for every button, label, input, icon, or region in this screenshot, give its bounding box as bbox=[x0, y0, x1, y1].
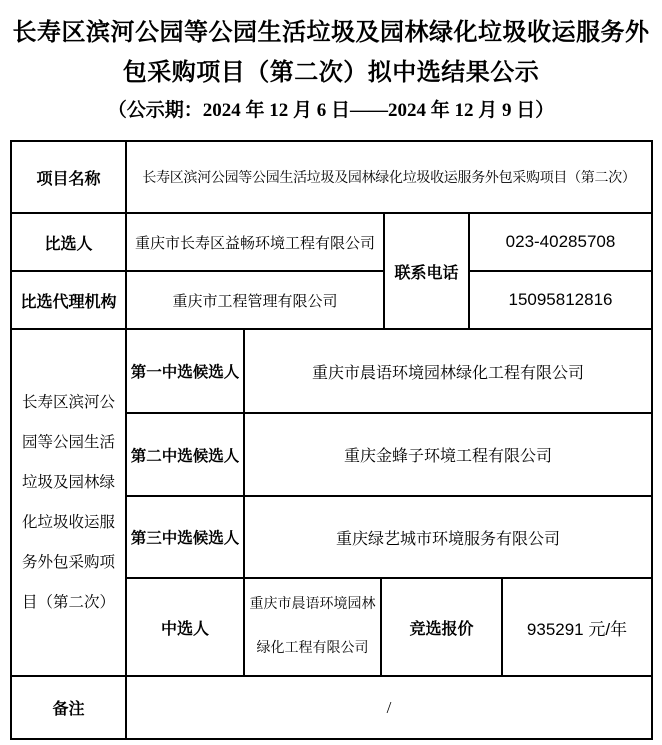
announcement-document: 长寿区滨河公园等公园生活垃圾及园林绿化垃圾收运服务外 包采购项目（第二次）拟中选… bbox=[0, 0, 662, 745]
project-name-value: 长寿区滨河公园等公园生活垃圾及园林绿化垃圾收运服务外包采购项目（第二次） bbox=[127, 142, 653, 214]
table-row-remark: 备注 / bbox=[12, 677, 653, 740]
agency-company: 重庆市工程管理有限公司 bbox=[127, 272, 385, 330]
winner-label: 中选人 bbox=[127, 579, 245, 677]
candidate-2-label: 第二中选候选人 bbox=[127, 414, 245, 497]
candidate-1-company: 重庆市晨语环境园林绿化工程有限公司 bbox=[245, 330, 653, 414]
document-title: 长寿区滨河公园等公园生活垃圾及园林绿化垃圾收运服务外 包采购项目（第二次）拟中选… bbox=[0, 0, 662, 124]
remark-value: / bbox=[127, 677, 653, 740]
table-row-candidate-1: 第一中选候选人 重庆市晨语环境园林绿化工程有限公司 bbox=[127, 330, 653, 414]
table-row-winner: 中选人 重庆市晨语环境园林绿化工程有限公司 竞选报价 935291 元/年 bbox=[127, 579, 653, 677]
title-line-1: 长寿区滨河公园等公园生活垃圾及园林绿化垃圾收运服务外 bbox=[0, 13, 662, 53]
phone-column: 023-40285708 15095812816 bbox=[470, 214, 653, 330]
title-line-2: 包采购项目（第二次）拟中选结果公示 bbox=[0, 53, 662, 93]
candidate-1-label: 第一中选候选人 bbox=[127, 330, 245, 414]
result-table: 项目名称 长寿区滨河公园等公园生活垃圾及园林绿化垃圾收运服务外包采购项目（第二次… bbox=[10, 140, 653, 740]
candidate-2-company: 重庆金蜂子环境工程有限公司 bbox=[245, 414, 653, 497]
selector-label: 比选人 bbox=[12, 214, 127, 272]
contact-section: 比选人 重庆市长寿区益畅环境工程有限公司 比选代理机构 重庆市工程管理有限公司 … bbox=[12, 214, 653, 330]
merged-project-cell: 长寿区滨河公园等公园生活垃圾及园林绿化垃圾收运服务外包采购项目（第二次） bbox=[12, 330, 127, 677]
agency-label: 比选代理机构 bbox=[12, 272, 127, 330]
project-name-label: 项目名称 bbox=[12, 142, 127, 214]
selector-phone: 023-40285708 bbox=[470, 214, 653, 272]
agency-phone: 15095812816 bbox=[470, 272, 653, 330]
publicity-period: （公示期：2024 年 12 月 6 日——2024 年 12 月 9 日） bbox=[0, 98, 662, 124]
table-row-candidate-2: 第二中选候选人 重庆金蜂子环境工程有限公司 bbox=[127, 414, 653, 497]
selector-company: 重庆市长寿区益畅环境工程有限公司 bbox=[127, 214, 385, 272]
winner-company: 重庆市晨语环境园林绿化工程有限公司 bbox=[245, 579, 382, 677]
contact-left-column: 比选人 重庆市长寿区益畅环境工程有限公司 比选代理机构 重庆市工程管理有限公司 bbox=[12, 214, 385, 330]
phone-label: 联系电话 bbox=[385, 214, 470, 330]
candidate-3-company: 重庆绿艺城市环境服务有限公司 bbox=[245, 497, 653, 579]
bid-price-value: 935291 元/年 bbox=[503, 579, 653, 677]
bid-price-label: 竞选报价 bbox=[382, 579, 503, 677]
remark-label: 备注 bbox=[12, 677, 127, 740]
candidate-3-label: 第三中选候选人 bbox=[127, 497, 245, 579]
result-section: 长寿区滨河公园等公园生活垃圾及园林绿化垃圾收运服务外包采购项目（第二次） 第一中… bbox=[12, 330, 653, 677]
table-row-selector: 比选人 重庆市长寿区益畅环境工程有限公司 bbox=[12, 214, 385, 272]
table-row-project-name: 项目名称 长寿区滨河公园等公园生活垃圾及园林绿化垃圾收运服务外包采购项目（第二次… bbox=[12, 142, 653, 214]
table-row-candidate-3: 第三中选候选人 重庆绿艺城市环境服务有限公司 bbox=[127, 497, 653, 579]
result-right-column: 第一中选候选人 重庆市晨语环境园林绿化工程有限公司 第二中选候选人 重庆金蜂子环… bbox=[127, 330, 653, 677]
table-row-agency: 比选代理机构 重庆市工程管理有限公司 bbox=[12, 272, 385, 330]
